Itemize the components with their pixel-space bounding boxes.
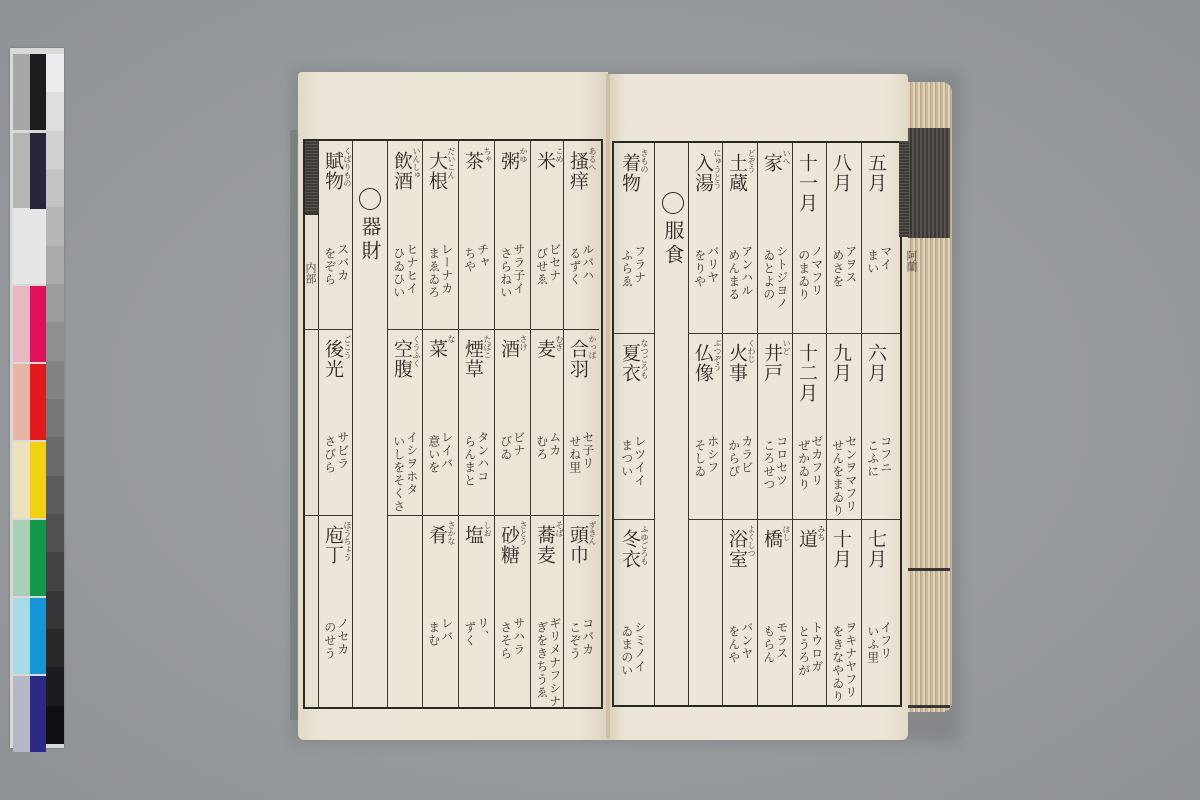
book-binding — [290, 130, 298, 720]
entry-reading: ムカ — [547, 431, 561, 457]
greyscale-step — [46, 169, 64, 207]
entry-reading: リ、 — [475, 617, 489, 643]
circle-mark — [662, 192, 684, 214]
greyscale-step — [46, 399, 64, 437]
grid-line — [861, 143, 862, 705]
color-patch — [30, 133, 46, 209]
entry-gloss: ぎをきちうゑ — [534, 621, 548, 699]
grid-line — [614, 333, 654, 334]
entry-headword: 夏衣 — [620, 343, 639, 383]
entry-ruby: はし — [782, 525, 790, 541]
color-patch — [13, 442, 30, 518]
grid-line — [563, 141, 564, 707]
entry-headword: 砂糖 — [499, 525, 518, 565]
color-patch — [30, 598, 46, 674]
grid-line — [352, 141, 353, 707]
entry-ruby: いへ — [782, 149, 790, 165]
greyscale-step — [46, 207, 64, 245]
entry-headword: 橋 — [762, 529, 781, 549]
entry-reading: ヒナヒイ — [404, 243, 418, 295]
entry-headword: 粥 — [499, 151, 518, 171]
entry-headword: 後光 — [323, 339, 342, 379]
entry-gloss: さそら — [498, 621, 512, 660]
right-page-dark-tab — [899, 141, 909, 237]
entry-reading: コロセツ — [774, 435, 788, 487]
entry-headword: 大根 — [427, 151, 446, 191]
color-patch — [30, 676, 46, 752]
entry-gloss: びゐ — [498, 435, 512, 461]
greyscale-step — [46, 131, 64, 169]
entry-headword: 着物 — [620, 153, 639, 193]
entry-gloss: らんまと — [462, 435, 476, 487]
entry-ruby: なつごろも — [640, 339, 648, 379]
page-edge-thumb-index — [906, 128, 950, 238]
entry-headword: 煙草 — [463, 339, 482, 379]
entry-gloss: ころせつ — [761, 439, 775, 491]
entry-ruby: ぶつぞう — [713, 339, 721, 371]
entry-reading: レツイイ — [632, 435, 646, 487]
entry-ruby: さとう — [519, 521, 527, 545]
grid-line — [614, 519, 654, 520]
entry-gloss: せんをまゐり — [830, 439, 844, 517]
entry-reading: カラビ — [739, 435, 753, 474]
entry-ruby: ごこう — [343, 335, 351, 359]
greyscale-step — [46, 552, 64, 590]
entry-gloss: めんまる — [726, 249, 740, 301]
entry-headword: 空腹 — [392, 339, 411, 379]
section-title-right: 服食 — [659, 192, 688, 268]
color-patch — [13, 133, 30, 209]
entry-ruby: な — [447, 335, 455, 343]
entry-reading: ギリメナフシナ — [547, 617, 561, 708]
entry-reading: シミノイ — [632, 621, 646, 673]
grid-line — [757, 143, 758, 705]
entry-gloss: めさを — [830, 249, 844, 288]
entry-reading: モラス — [774, 621, 788, 660]
entry-reading: タンハコ — [475, 431, 489, 483]
entry-headword: 井戸 — [762, 343, 781, 383]
color-patch — [30, 286, 46, 362]
entry-reading: サビラ — [335, 431, 349, 470]
entry-gloss: むろ — [534, 435, 548, 461]
entry-gloss: ゐとよの — [761, 249, 775, 301]
entry-gloss: ゐまのい — [619, 625, 633, 677]
entry-reading: レイバ — [439, 431, 453, 470]
entry-gloss: をりや — [692, 249, 706, 288]
entry-headword: 頭巾 — [568, 525, 587, 565]
greyscale-step — [46, 476, 64, 514]
color-patch — [13, 208, 46, 284]
left-page-dark-tab — [305, 141, 318, 213]
entry-ruby: あるへ — [588, 147, 596, 171]
entry-ruby: みち — [817, 525, 825, 541]
entry-reading: サラ子イ — [511, 243, 525, 295]
entry-headword: 菜 — [427, 339, 446, 359]
entry-headword: 十月 — [831, 529, 850, 569]
entry-reading: アンハル — [739, 245, 753, 297]
entry-headword: 土蔵 — [727, 153, 746, 193]
entry-headword: 九月 — [831, 343, 850, 383]
entry-reading: バリヤ — [705, 245, 719, 284]
entry-headword: 八月 — [831, 153, 850, 193]
entry-headword: 米 — [535, 151, 554, 171]
grid-line — [422, 141, 423, 707]
entry-headword: 十二月 — [797, 343, 816, 403]
greyscale-step — [46, 706, 64, 744]
entry-ruby: そば — [555, 521, 563, 537]
entry-gloss: ふらゑ — [619, 249, 633, 288]
entry-headword: 蕎麦 — [535, 525, 554, 565]
entry-ruby: いど — [782, 339, 790, 355]
grid-line — [387, 141, 388, 707]
entry-reading: コフニ — [878, 435, 892, 474]
entry-headword: 麦 — [535, 339, 554, 359]
greyscale-step — [46, 591, 64, 629]
section-title-left: 器財 — [356, 188, 385, 264]
entry-headword: 酒 — [499, 339, 518, 359]
greyscale-step — [46, 284, 64, 322]
entry-gloss: るずく — [567, 247, 581, 286]
entry-gloss: とうろが — [796, 625, 810, 677]
entry-headword: 火事 — [727, 343, 746, 383]
entry-gloss: こふに — [865, 439, 879, 478]
entry-gloss: のまゐり — [796, 249, 810, 301]
entry-reading: セ子リ — [580, 431, 594, 470]
greyscale-step — [46, 361, 64, 399]
entry-ruby: くばりもの — [343, 147, 351, 187]
entry-reading: シトジヨノ — [774, 245, 788, 310]
entry-headword: 家 — [762, 153, 781, 173]
entry-headword: 入湯 — [693, 153, 712, 193]
grid-line — [688, 519, 900, 520]
entry-ruby: いんしゅ — [412, 147, 420, 179]
entry-gloss: まゑゐろ — [426, 247, 440, 299]
entry-gloss: まい — [865, 249, 879, 275]
entry-ruby: ちゃ — [483, 147, 491, 163]
entry-headword: 茶 — [463, 151, 482, 171]
color-patch — [30, 54, 46, 130]
grid-line — [305, 515, 352, 516]
entry-reading: ゼカフリ — [809, 435, 823, 487]
entry-ruby: さかな — [447, 521, 455, 545]
grid-line — [826, 143, 827, 705]
grid-line — [494, 141, 495, 707]
entry-reading: レーナカ — [439, 243, 453, 295]
entry-ruby: さけ — [519, 335, 527, 351]
entry-ruby: かっぱ — [588, 335, 596, 359]
entry-reading: イシヲホタ — [404, 431, 418, 496]
entry-ruby: くわじ — [747, 339, 755, 363]
entry-headword: 浴室 — [727, 529, 746, 569]
grid-line — [387, 329, 599, 330]
entry-gloss: いしをそくさ — [391, 435, 405, 513]
entry-ruby: ふゆごろも — [640, 525, 648, 565]
entry-reading: アヲス — [843, 245, 857, 284]
entry-gloss: びせゑ — [534, 247, 548, 286]
entry-reading: ノセカ — [335, 617, 349, 656]
entry-ruby: ずきん — [588, 521, 596, 545]
entry-ruby: だいこん — [447, 147, 455, 179]
entry-reading: ノマフリ — [809, 245, 823, 297]
greyscale-wedge — [46, 54, 64, 744]
entry-gloss: まつい — [619, 439, 633, 478]
color-patch — [30, 364, 46, 440]
color-patch — [13, 676, 30, 752]
entry-headword: 合羽 — [568, 339, 587, 379]
greyscale-step — [46, 246, 64, 284]
entry-headword: 庖丁 — [323, 525, 342, 565]
entry-gloss: ひゐひい — [391, 247, 405, 299]
greyscale-step — [46, 667, 64, 705]
entry-headword: 十一月 — [797, 153, 816, 213]
entry-reading: ルバハ — [580, 243, 594, 282]
grid-line — [688, 143, 689, 705]
entry-headword: 道 — [797, 529, 816, 549]
grid-line — [688, 333, 900, 334]
entry-gloss: ぜかゐり — [796, 439, 810, 491]
entry-reading: イフリ — [878, 621, 892, 660]
entry-headword: 肴 — [427, 525, 446, 545]
entry-ruby: ほうちょう — [343, 521, 351, 561]
grid-line — [305, 213, 318, 215]
page-edge-mark — [906, 705, 950, 708]
color-patch — [30, 442, 46, 518]
entry-headword: 七月 — [866, 529, 885, 569]
entry-gloss: こぞう — [567, 621, 581, 660]
entry-headword: 賦物 — [323, 151, 342, 191]
book-gutter — [606, 74, 610, 738]
entry-gloss: をんや — [726, 625, 740, 664]
greyscale-step — [46, 629, 64, 667]
entry-reading: バンヤ — [739, 621, 753, 660]
entry-reading: フラナ — [632, 245, 646, 284]
entry-ruby: くうふく — [412, 335, 420, 367]
grid-line — [530, 141, 531, 707]
entry-ruby: にゅうとう — [713, 149, 721, 189]
circle-mark — [359, 188, 381, 210]
entry-gloss: さびら — [322, 435, 336, 474]
entry-gloss: をきなやゐり — [830, 625, 844, 703]
entry-reading: マイ — [878, 245, 892, 271]
entry-reading: ホシフ — [705, 435, 719, 474]
entry-gloss: そしゐ — [692, 439, 706, 478]
grid-line — [318, 141, 319, 707]
color-patch — [13, 286, 30, 362]
entry-headword: 仏像 — [693, 343, 712, 383]
right-margin-note: 阿蘭 — [903, 250, 919, 272]
grid-line — [654, 143, 655, 705]
entry-ruby: きもの — [640, 149, 648, 173]
grid-line — [305, 329, 352, 330]
entry-gloss: まむ — [426, 621, 440, 647]
entry-reading: ビナ — [511, 431, 525, 457]
greyscale-step — [46, 437, 64, 475]
entry-gloss: いふ里 — [865, 625, 879, 664]
entry-ruby: かゆ — [519, 147, 527, 163]
entry-reading: センヲマフリ — [843, 435, 857, 513]
entry-headword: 六月 — [866, 343, 885, 383]
entry-ruby: むぎ — [555, 335, 563, 351]
color-patch — [13, 598, 30, 674]
entry-reading: レバ — [439, 617, 453, 643]
entry-gloss: をぞら — [322, 247, 336, 286]
page-edge-mark — [906, 568, 950, 571]
entry-headword: 冬衣 — [620, 529, 639, 569]
entry-gloss: ずく — [462, 621, 476, 647]
entry-gloss: 意いを — [426, 435, 440, 474]
entry-reading: ヲキナヤフリ — [843, 621, 857, 699]
grid-line — [458, 141, 459, 707]
entry-ruby: こめ — [555, 147, 563, 163]
entry-ruby: どぞう — [747, 149, 755, 173]
greyscale-step — [46, 514, 64, 552]
greyscale-step — [46, 54, 64, 92]
greyscale-step — [46, 92, 64, 130]
entry-reading: コバカ — [580, 617, 594, 656]
entry-headword: 飲酒 — [392, 151, 411, 191]
greyscale-step — [46, 322, 64, 360]
left-margin-note: 内部 — [302, 262, 318, 284]
entry-ruby: たばこ — [483, 335, 491, 359]
entry-reading: サハラ — [511, 617, 525, 656]
entry-gloss: さらねい — [498, 247, 512, 299]
entry-gloss: もらん — [761, 625, 775, 664]
entry-gloss: のせう — [322, 621, 336, 660]
grid-line — [387, 515, 599, 516]
entry-gloss: せね里 — [567, 435, 581, 474]
color-calibration-strip — [10, 48, 64, 748]
grid-line — [792, 143, 793, 705]
color-patch — [13, 54, 30, 130]
entry-reading: ビセナ — [547, 243, 561, 282]
color-patch — [30, 520, 46, 596]
grid-line — [722, 143, 723, 705]
entry-reading: チャ — [475, 243, 489, 269]
entry-headword: 搔痒 — [568, 151, 587, 191]
entry-ruby: しお — [483, 521, 491, 537]
entry-headword: 塩 — [463, 525, 482, 545]
color-patch — [13, 520, 30, 596]
entry-gloss: ちや — [462, 247, 476, 273]
entry-reading: トウロガ — [809, 621, 823, 673]
entry-reading: スバカ — [335, 243, 349, 282]
entry-ruby: よくしつ — [747, 525, 755, 557]
color-patch — [13, 364, 30, 440]
entry-gloss: からび — [726, 439, 740, 478]
entry-headword: 五月 — [866, 153, 885, 193]
